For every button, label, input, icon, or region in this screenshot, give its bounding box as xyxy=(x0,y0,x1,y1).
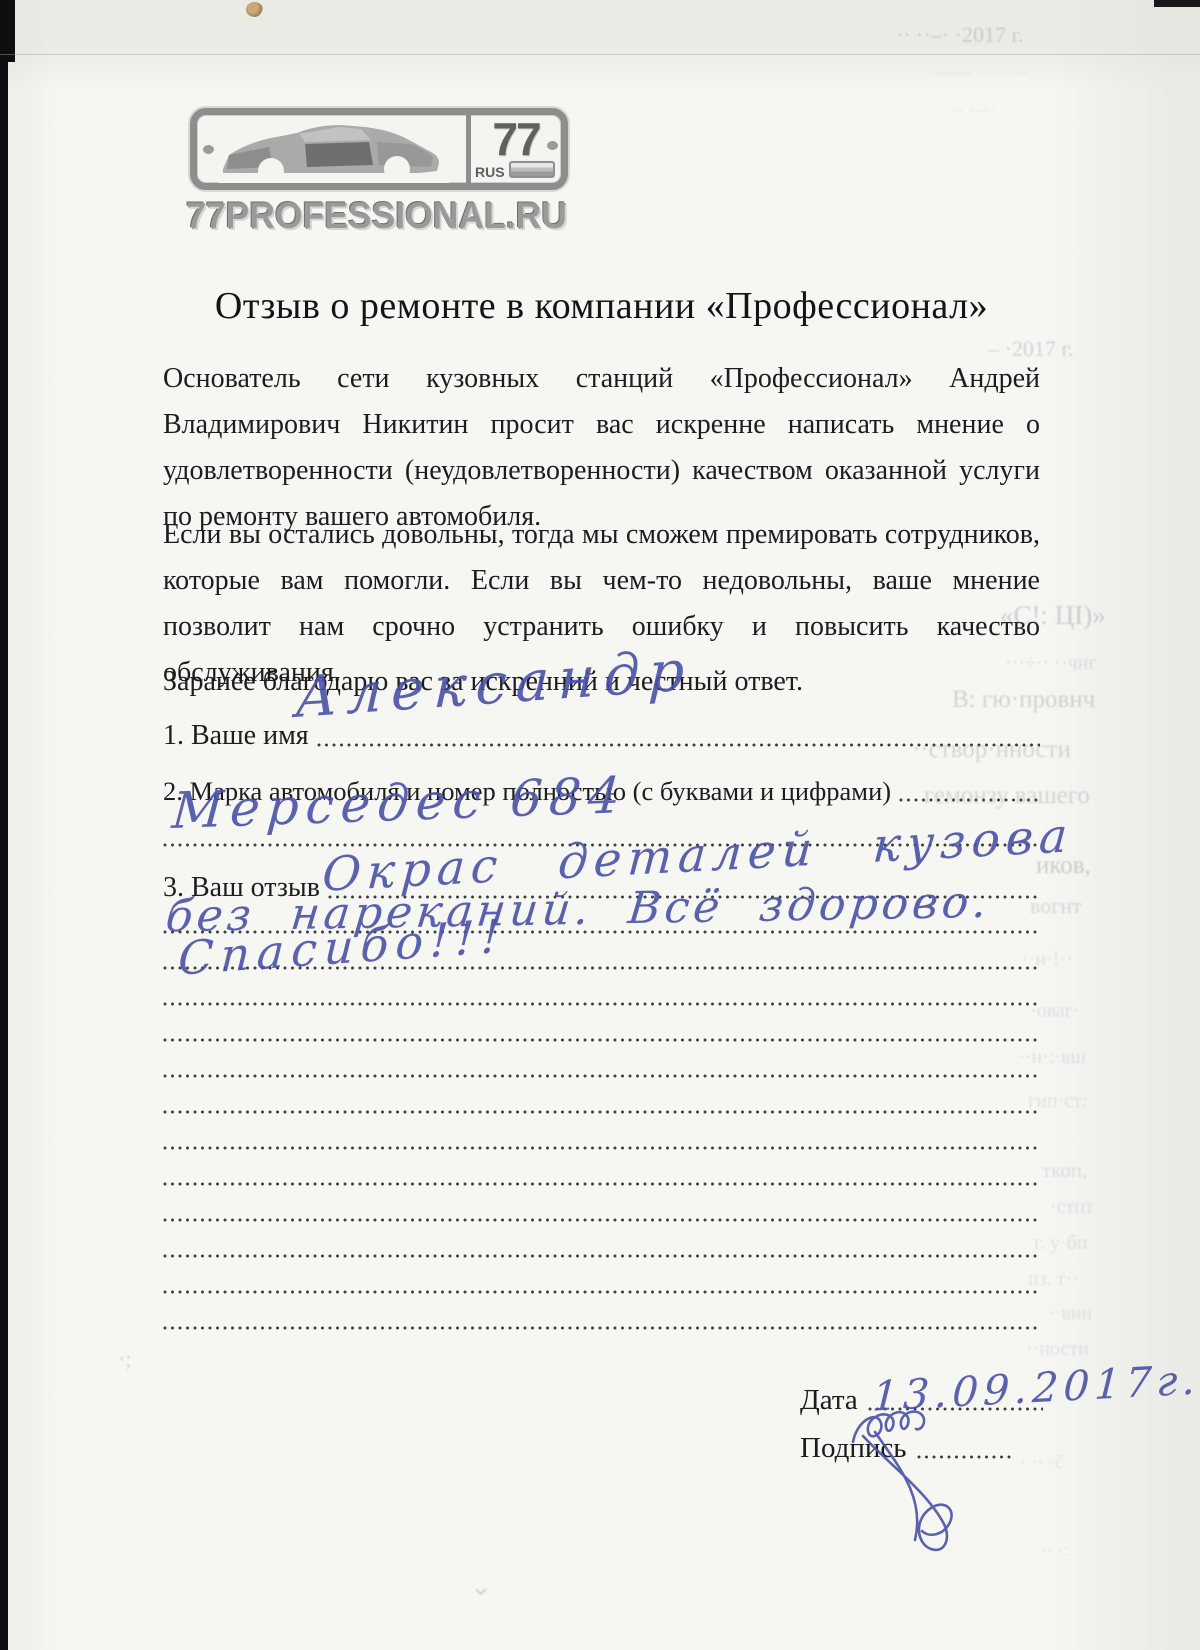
review-field-row: 3. Ваш отзыв xyxy=(163,872,1040,904)
dotted-answer-line xyxy=(163,1182,1040,1186)
car-silhouette-icon xyxy=(219,121,449,183)
scanner-edge-corner xyxy=(1154,0,1200,7)
plate-bolt-icon xyxy=(547,141,558,150)
dotted-leader xyxy=(317,743,1040,747)
ghost-bleed-text: ⌄ xyxy=(470,1572,492,1602)
plate-bolt-icon xyxy=(203,145,214,154)
car-field-label: 2. Марка автомобиля и номер полностью (с… xyxy=(163,776,899,807)
stain-dot xyxy=(246,2,263,17)
logo-license-plate: 77 RUS xyxy=(190,108,568,190)
logo-plate-car-section xyxy=(197,115,471,183)
thanks-line: Заранее благодарю вас за искренний и чес… xyxy=(163,666,1040,698)
ghost-bleed-text: ·· ·–·· xyxy=(952,100,995,121)
dotted-answer-line xyxy=(163,1326,1040,1330)
ghost-bleed-text: ·; xyxy=(118,1346,131,1372)
ghost-bleed-text: г. у·бп xyxy=(1034,1232,1088,1255)
dotted-answer-line xyxy=(163,1290,1040,1294)
dotted-answer-line xyxy=(163,843,1040,847)
review-field-label: 3. Ваш отзыв xyxy=(163,872,328,904)
dotted-answer-line xyxy=(163,1110,1040,1114)
dotted-answer-line xyxy=(163,1146,1040,1150)
dotted-answer-line xyxy=(163,1254,1040,1258)
dotted-answer-line xyxy=(163,930,1040,934)
handwritten-review-line-3: Спасибо!!! xyxy=(177,908,508,985)
ghost-bleed-text: пз. т·· xyxy=(1028,1268,1079,1291)
flag-icon xyxy=(509,161,555,178)
dotted-leader xyxy=(899,798,1040,802)
dotted-answer-line xyxy=(163,1218,1040,1222)
ghost-bleed-text: ткоп, xyxy=(1042,1158,1087,1183)
dotted-answer-line xyxy=(163,1074,1040,1078)
scan-fold-line xyxy=(0,54,1200,55)
ghost-bleed-text: –––– · · ····– xyxy=(935,62,1029,83)
scanned-feedback-form: 77 RUS 77PROFESSIONAL.RU Отзыв о ремонте… xyxy=(0,0,1200,1650)
signature-scribble xyxy=(845,1398,1035,1578)
ghost-bleed-text: ··ности xyxy=(1026,1338,1089,1361)
scanner-edge-notch xyxy=(0,0,15,62)
scanner-edge-strip xyxy=(0,0,8,1650)
document-title: Отзыв о ремонте в компании «Профессионал… xyxy=(163,284,1040,328)
dotted-answer-line xyxy=(163,1002,1040,1006)
ghost-bleed-text: ··н·:·вш xyxy=(1018,1046,1086,1069)
name-field-row: 1. Ваше имя xyxy=(163,720,1040,752)
logo-plate-region-section: 77 RUS xyxy=(471,115,561,183)
logo-website: 77PROFESSIONAL.RU xyxy=(186,196,557,236)
car-field-row: 2. Марка автомобиля и номер полностью (с… xyxy=(163,776,1040,807)
dotted-leader xyxy=(328,895,1040,899)
dotted-answer-line xyxy=(163,1038,1040,1042)
ghost-bleed-text: ·· ·: xyxy=(1040,1540,1069,1562)
ghost-bleed-text: ··вин xyxy=(1048,1302,1092,1325)
name-field-label: 1. Ваше имя xyxy=(163,720,317,752)
dotted-answer-line xyxy=(163,966,1040,970)
region-code: RUS xyxy=(475,164,505,180)
region-number: 77 xyxy=(471,117,561,161)
ghost-bleed-text: иков, xyxy=(1036,852,1091,880)
ghost-bleed-text: ·стпт xyxy=(1050,1196,1094,1219)
ghost-bleed-text: ·· ··–· ·2017 г. xyxy=(896,22,1024,48)
